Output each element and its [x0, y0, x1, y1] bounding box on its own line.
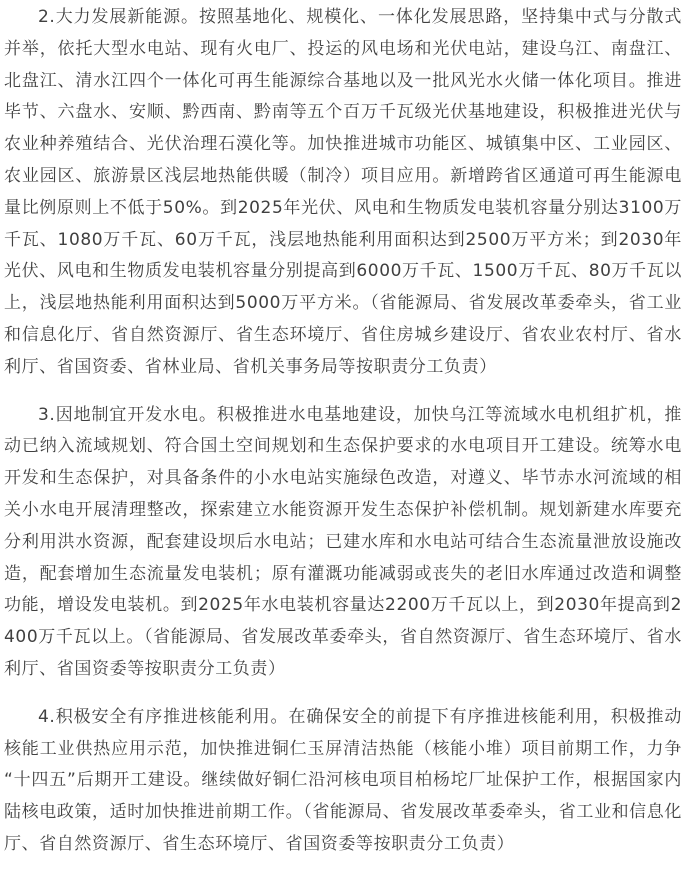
document-page: 2.大力发展新能源。按照基地化、规模化、一体化发展思路，坚持集中式与分散式并举，…: [0, 0, 687, 861]
paragraph-nuclear: 4.积极安全有序推进核能利用。在确保安全的前提下有序推进核能利用，积极推动核能工…: [4, 702, 682, 861]
paragraph-hydropower: 3.因地制宜开发水电。积极推进水电基地建设，加快乌江等流域水电机组扩机，推动已纳…: [4, 400, 682, 686]
paragraph-new-energy: 2.大力发展新能源。按照基地化、规模化、一体化发展思路，坚持集中式与分散式并举，…: [4, 2, 682, 384]
